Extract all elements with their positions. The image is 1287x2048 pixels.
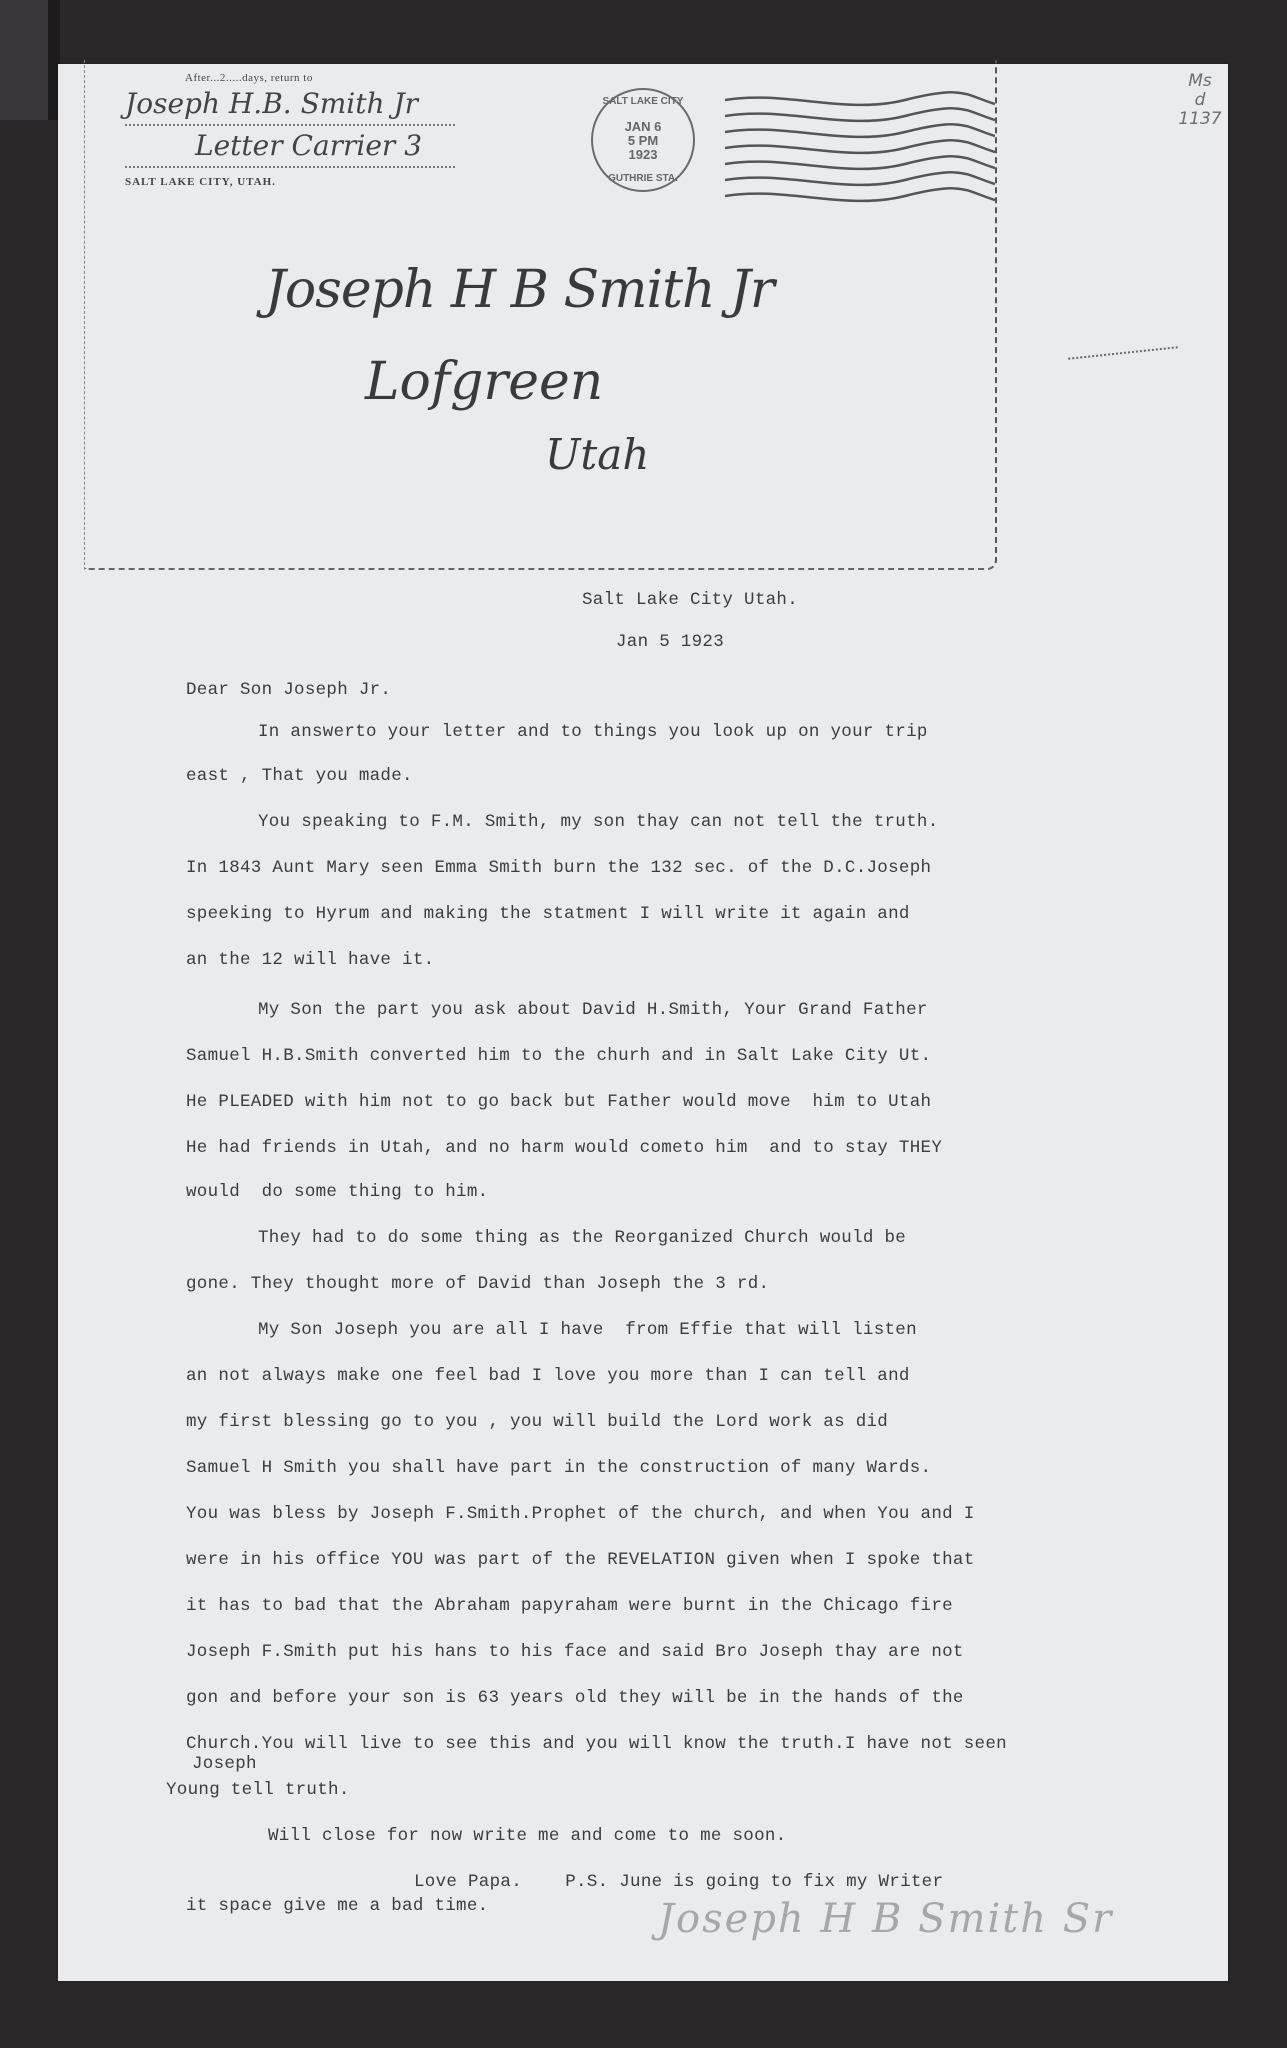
letter-line: In 1843 Aunt Mary seen Emma Smith burn t… [186, 858, 931, 878]
letter-line: My Son Joseph you are all I have from Ef… [258, 1320, 917, 1340]
letter-line: an the 12 will have it. [186, 950, 434, 970]
letter-closing-line: Will close for now write me and come to … [268, 1826, 786, 1846]
document-page: Ms d 1137 After...2.....days, return to … [58, 64, 1228, 1981]
letter-line: He had friends in Utah, and no harm woul… [186, 1138, 942, 1158]
letter-line: In answerto your letter and to things yo… [258, 722, 928, 742]
handwritten-signature: Joseph H B Smith Sr [658, 1896, 1113, 1942]
letter-line: He PLEADED with him not to go back but F… [186, 1092, 931, 1112]
letter-line: They had to do some thing as the Reorgan… [258, 1228, 906, 1248]
backdrop-panel [0, 0, 48, 120]
letter-line: Joseph F.Smith put his hans to his face … [186, 1642, 964, 1662]
letter-salutation: Dear Son Joseph Jr. [186, 680, 391, 700]
letter-line: an not always make one feel bad I love y… [186, 1366, 910, 1386]
typed-letter: Salt Lake City Utah. Jan 5 1923 Dear Son… [58, 64, 1228, 1981]
letter-postscript-line: it space give me a bad time. [186, 1896, 488, 1916]
letter-place: Salt Lake City Utah. [582, 590, 798, 610]
letter-line: My Son the part you ask about David H.Sm… [258, 1000, 928, 1020]
letter-line: You was bless by Joseph F.Smith.Prophet … [186, 1504, 975, 1524]
letter-line: speeking to Hyrum and making the statmen… [186, 904, 910, 924]
letter-signoff-line: Love Papa. P.S. June is going to fix my … [414, 1872, 943, 1892]
letter-line: gone. They thought more of David than Jo… [186, 1274, 769, 1294]
letter-line: gon and before your son is 63 years old … [186, 1688, 964, 1708]
letter-line: were in his office YOU was part of the R… [186, 1550, 975, 1570]
letter-line: it has to bad that the Abraham papyraham… [186, 1596, 953, 1616]
letter-line: east , That you made. [186, 766, 413, 786]
letter-date: Jan 5 1923 [616, 632, 724, 652]
letter-line: Samuel H Smith you shall have part in th… [186, 1458, 931, 1478]
letter-line: my first blessing go to you , you will b… [186, 1412, 888, 1432]
letter-line: would do some thing to him. [186, 1182, 488, 1202]
letter-line: You speaking to F.M. Smith, my son thay … [258, 812, 939, 832]
letter-line: Young tell truth. [166, 1780, 350, 1800]
letter-line: Joseph [192, 1754, 257, 1774]
letter-line: Samuel H.B.Smith converted him to the ch… [186, 1046, 931, 1066]
letter-line: Church.You will live to see this and you… [186, 1734, 1007, 1754]
